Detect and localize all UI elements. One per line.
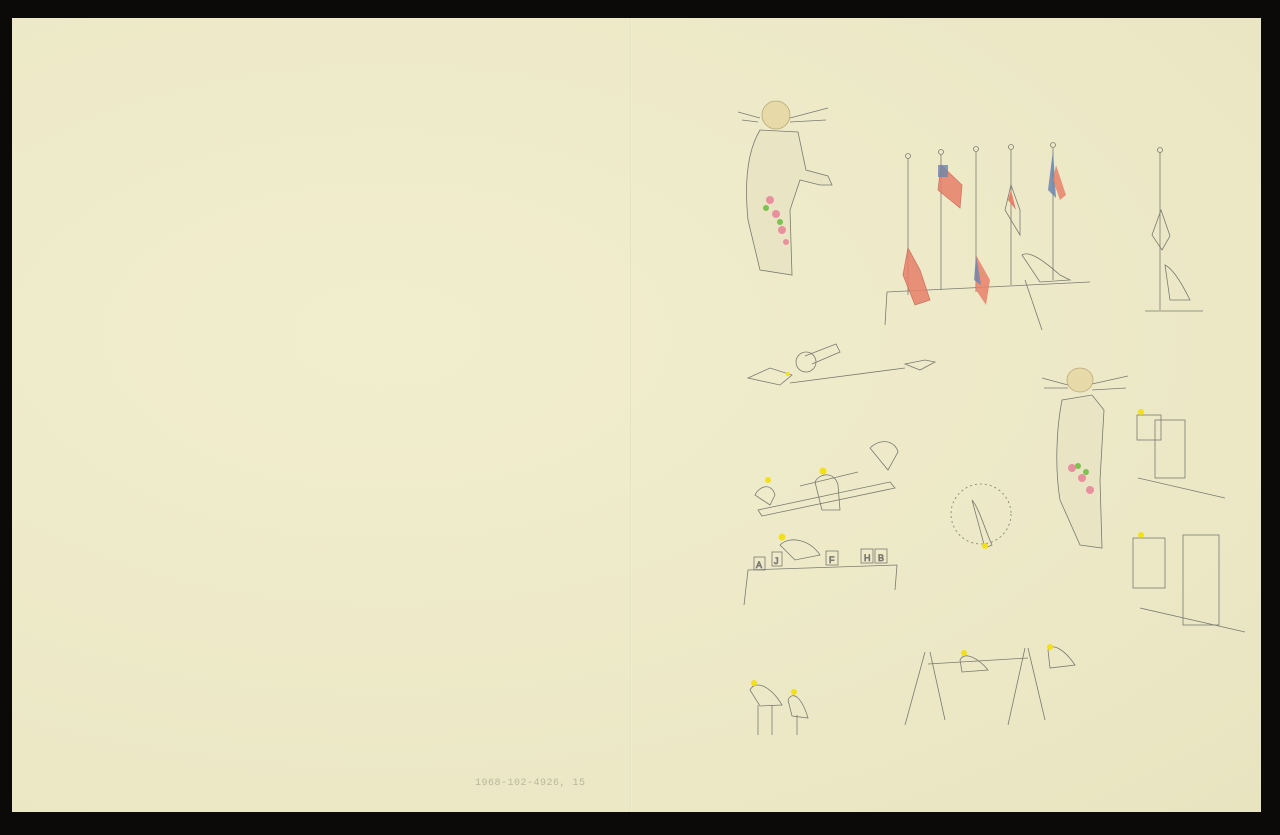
svg-text:F: F	[829, 555, 835, 565]
svg-text:A: A	[756, 560, 762, 570]
svg-text:B: B	[878, 553, 884, 563]
single-flagpole	[1145, 148, 1203, 312]
doorway-bottom-sketch	[1133, 532, 1245, 632]
seesaw-sketch	[755, 442, 898, 516]
hoop-sketch	[951, 484, 1011, 549]
letter-blocks-sketch: A J F H B	[744, 534, 897, 606]
cannon-sketch	[748, 344, 935, 385]
swing-sketch	[905, 644, 1075, 725]
accession-number: 1968-102-4926, 15	[475, 778, 586, 789]
perches-sketch	[750, 680, 808, 735]
flagpoles-group	[885, 143, 1090, 331]
woman-figure-bottom	[1042, 368, 1128, 548]
doorway-top-sketch	[1137, 409, 1225, 498]
sketch-drawings: A J F H B	[0, 0, 1280, 835]
woman-figure-top	[738, 101, 832, 275]
svg-text:H: H	[864, 553, 871, 563]
svg-text:J: J	[774, 556, 779, 566]
